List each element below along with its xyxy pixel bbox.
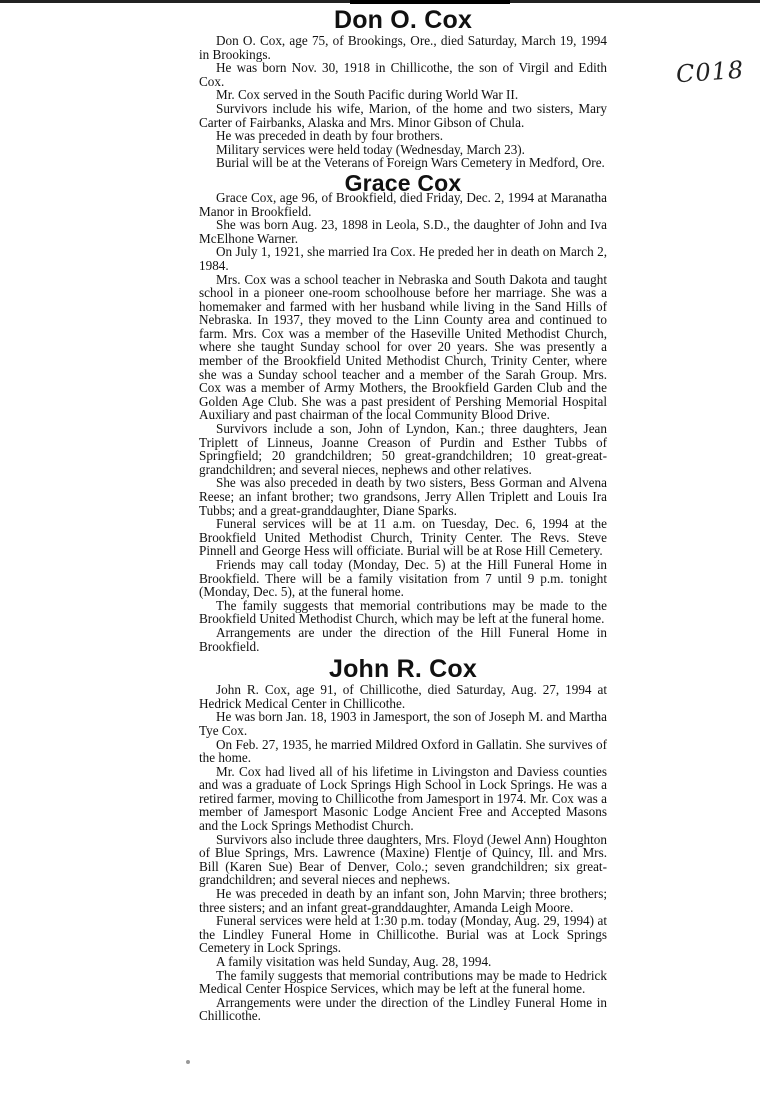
obituary-paragraph: Don O. Cox, age 75, of Brookings, Ore., … xyxy=(199,34,607,61)
obituary-john-r-cox: John R. Cox John R. Cox, age 91, of Chil… xyxy=(199,655,607,1023)
obituary-paragraph: Survivors include a son, John of Lyndon,… xyxy=(199,422,607,476)
handwritten-archive-code: C018 xyxy=(675,56,745,89)
obituary-grace-cox: Grace Cox Grace Cox, age 96, of Brookfie… xyxy=(199,172,607,653)
obituary-paragraph: Burial will be at the Veterans of Foreig… xyxy=(199,156,607,170)
obituary-paragraph: He was born Jan. 18, 1903 in Jamesport, … xyxy=(199,710,607,737)
obituary-paragraph: He was preceded in death by an infant so… xyxy=(199,887,607,914)
obituary-title: John R. Cox xyxy=(199,655,607,683)
obituary-paragraph: John R. Cox, age 91, of Chillicothe, die… xyxy=(199,683,607,710)
obituary-column: Don O. Cox Don O. Cox, age 75, of Brooki… xyxy=(199,6,607,1023)
obituary-paragraph: Funeral services were held at 1:30 p.m. … xyxy=(199,914,607,955)
obituary-paragraph: The family suggests that memorial contri… xyxy=(199,599,607,626)
obituary-paragraph: Mrs. Cox was a school teacher in Nebrask… xyxy=(199,273,607,423)
scan-speck xyxy=(186,1060,190,1064)
obituary-paragraph: The family suggests that memorial contri… xyxy=(199,969,607,996)
obituary-paragraph: Arrangements were under the direction of… xyxy=(199,996,607,1023)
obituary-paragraph: Friends may call today (Monday, Dec. 5) … xyxy=(199,558,607,599)
obituary-paragraph: He was born Nov. 30, 1918 in Chillicothe… xyxy=(199,61,607,88)
obituary-paragraph: Survivors also include three daughters, … xyxy=(199,833,607,887)
obituary-paragraph: On Feb. 27, 1935, he married Mildred Oxf… xyxy=(199,738,607,765)
obituary-paragraph: A family visitation was held Sunday, Aug… xyxy=(199,955,607,969)
obituary-paragraph: Arrangements are under the direction of … xyxy=(199,626,607,653)
obituary-paragraph: Grace Cox, age 96, of Brookfield, died F… xyxy=(199,191,607,218)
obituary-paragraph: She was also preceded in death by two si… xyxy=(199,476,607,517)
obituary-title: Grace Cox xyxy=(199,172,607,191)
obituary-paragraph: On July 1, 1921, she married Ira Cox. He… xyxy=(199,245,607,272)
obituary-paragraph: He was preceded in death by four brother… xyxy=(199,129,607,143)
obituary-paragraph: Survivors include his wife, Marion, of t… xyxy=(199,102,607,129)
obituary-paragraph: She was born Aug. 23, 1898 in Leola, S.D… xyxy=(199,218,607,245)
obituary-title: Don O. Cox xyxy=(199,6,607,34)
obituary-paragraph: Military services were held today (Wedne… xyxy=(199,143,607,157)
obituary-paragraph: Mr. Cox had lived all of his lifetime in… xyxy=(199,765,607,833)
obituary-paragraph: Mr. Cox served in the South Pacific duri… xyxy=(199,88,607,102)
obituary-paragraph: Funeral services will be at 11 a.m. on T… xyxy=(199,517,607,558)
clipping-top-border-heavy xyxy=(350,0,510,4)
obituary-don-o-cox: Don O. Cox Don O. Cox, age 75, of Brooki… xyxy=(199,6,607,170)
clipping-top-border xyxy=(0,0,760,3)
